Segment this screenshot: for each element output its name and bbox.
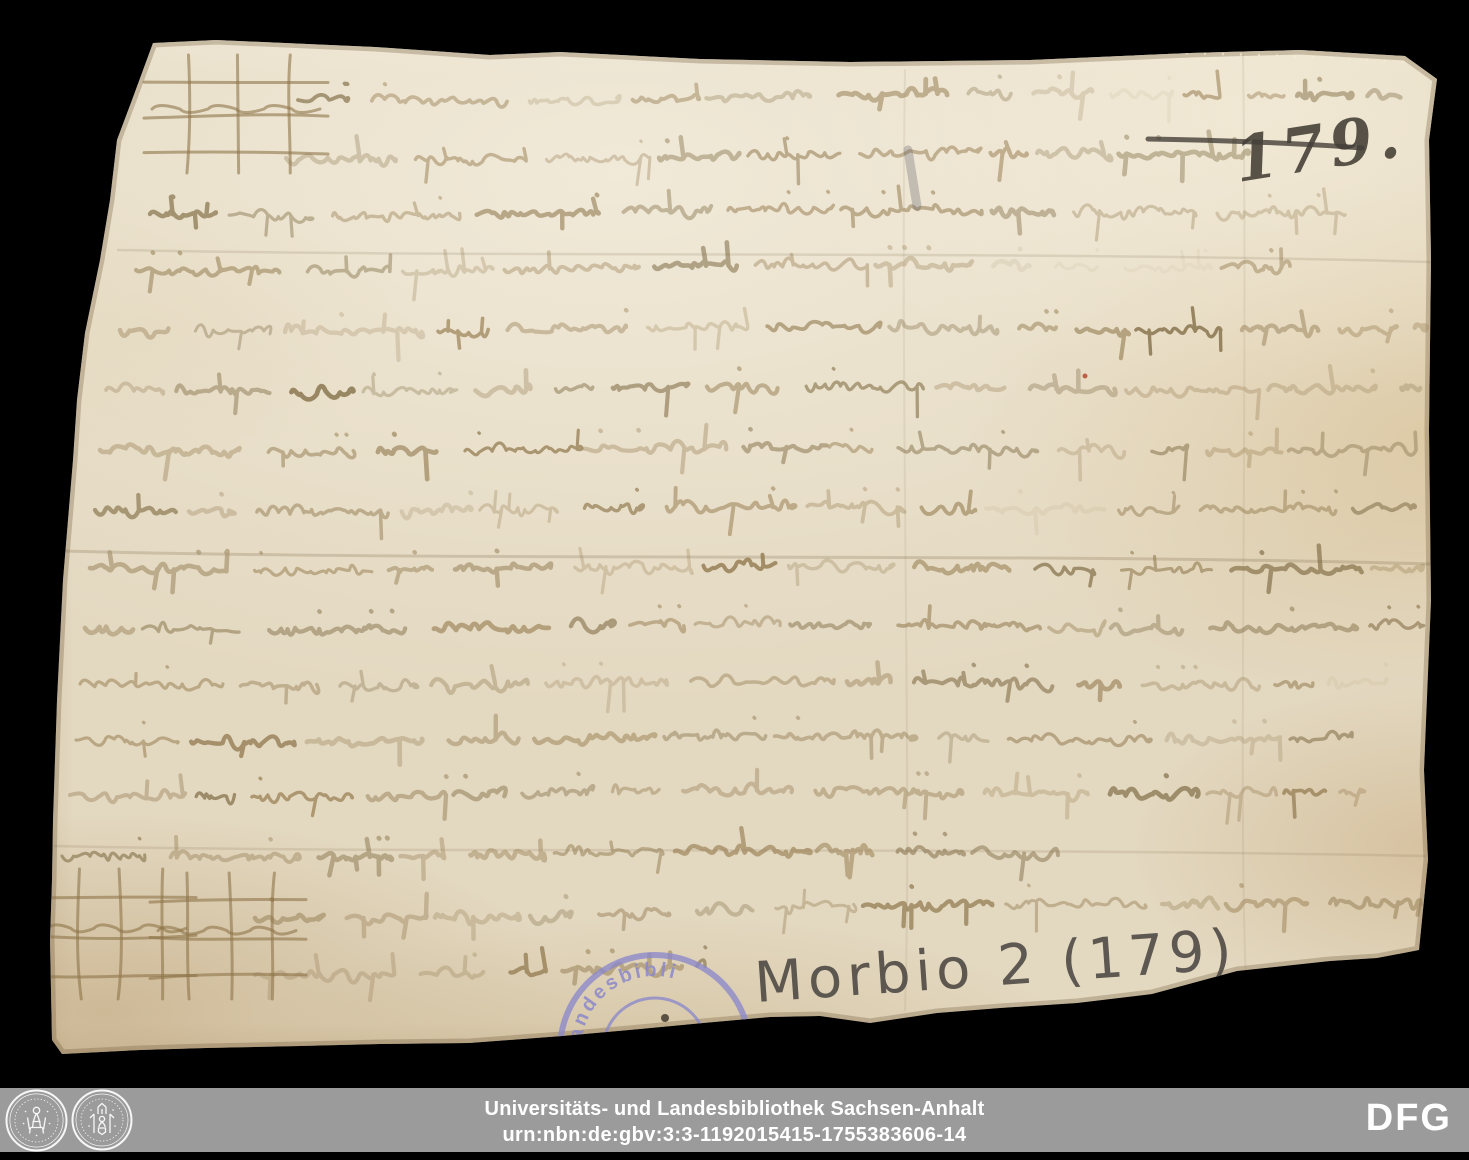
fold-creases bbox=[55, 55, 1432, 1010]
footer-bar: Universitäts- und Landesbibliothek Sachs… bbox=[0, 1088, 1469, 1152]
photo-area: 179. Landesbibli Morbio 2 (179) bbox=[0, 0, 1469, 1088]
bottom-black-strip bbox=[0, 1152, 1469, 1160]
shelfmark-pencil: Morbio 2 (179) bbox=[752, 917, 1238, 1016]
red-speck bbox=[1083, 374, 1088, 379]
library-stamp: Landesbibli bbox=[542, 937, 767, 1088]
old-archive-number: 179. bbox=[1148, 98, 1409, 197]
manuscript-ink-layer: 179. Landesbibli Morbio 2 (179) bbox=[0, 0, 1469, 1088]
institution-name: Universitäts- und Landesbibliothek Sachs… bbox=[0, 1096, 1469, 1122]
footer-text-block: Universitäts- und Landesbibliothek Sachs… bbox=[0, 1088, 1469, 1149]
handwriting-ink bbox=[40, 55, 1427, 1000]
dfg-logo: DFG bbox=[1366, 1097, 1452, 1140]
parchment-edge-shading bbox=[50, 40, 1437, 1054]
urn-identifier: urn:nbn:de:gbv:3:3-1192015415-1755383606… bbox=[0, 1122, 1469, 1149]
digitized-manuscript-view: 179. Landesbibli Morbio 2 (179) bbox=[0, 0, 1469, 1160]
ink-smudge bbox=[908, 150, 917, 206]
dark-speck bbox=[661, 1014, 669, 1022]
